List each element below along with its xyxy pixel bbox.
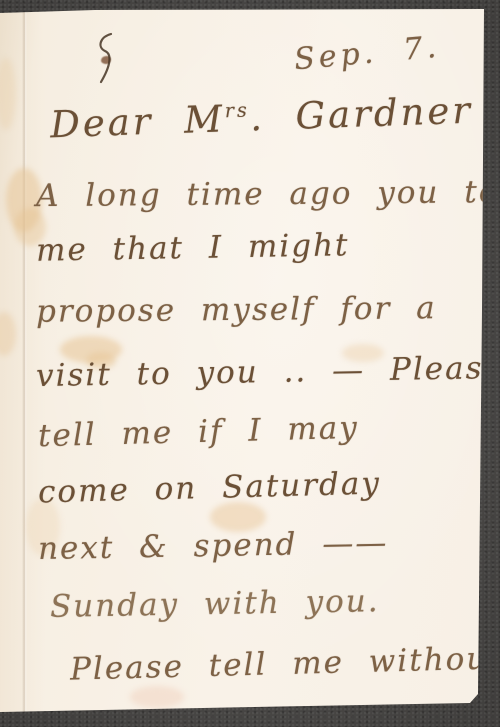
paper-stain [130,686,184,708]
letter-line: next & spend —— [38,525,389,567]
photo-background: Sep. 7. Dear Mrs. Gardner A long time ag… [0,0,500,727]
letter-line: Sunday with you. [50,583,380,625]
fold-crease [22,12,27,713]
letter-line: A long time ago you told [36,174,500,214]
letter-paper: Sep. 7. Dear Mrs. Gardner A long time ag… [0,0,500,727]
letter-line: propose myself for a [36,290,437,329]
salutation-suffix: . Gardner [249,89,473,140]
letter-line: me that I might [36,227,350,268]
salutation-superscript: rs [224,98,250,122]
pen-flourish-mark [92,32,118,84]
salutation-prefix: Dear M [49,97,225,146]
